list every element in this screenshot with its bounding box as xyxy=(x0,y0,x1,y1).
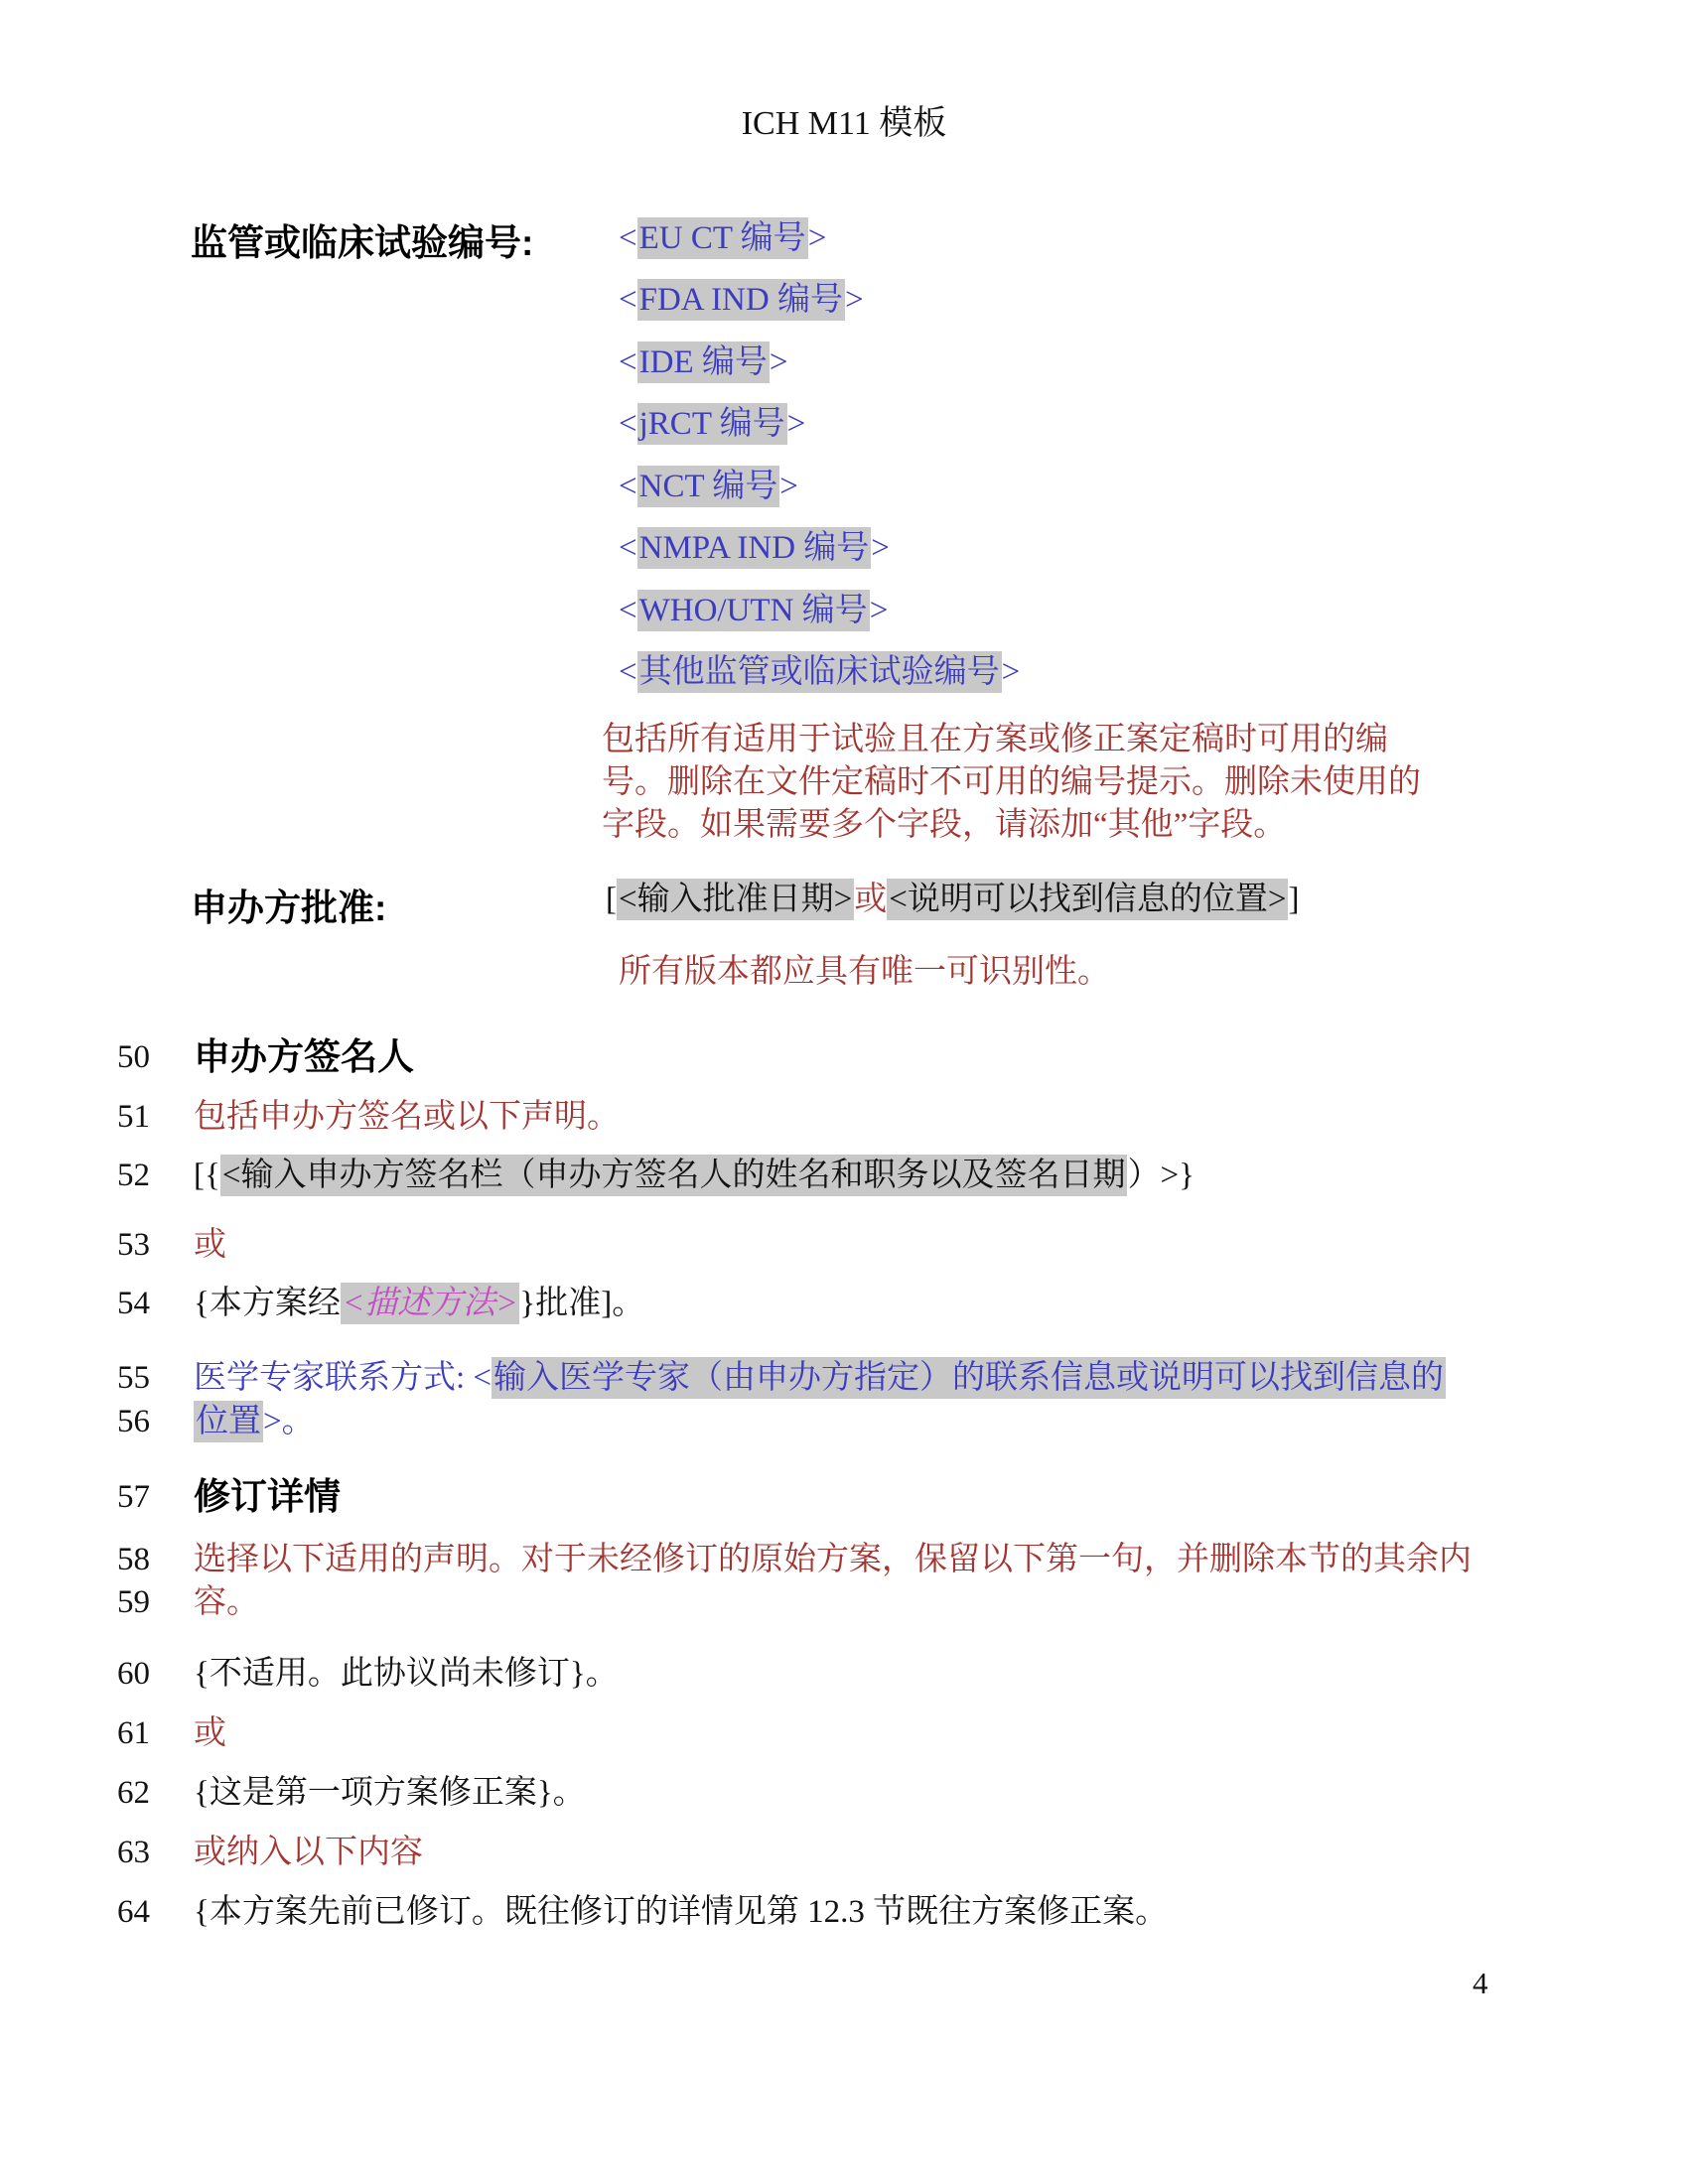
line-54: 54 {本方案经<描述方法>}批准]。 xyxy=(0,1282,1688,1325)
page-number: 4 xyxy=(1473,1966,1488,2001)
angle-open: < xyxy=(619,469,637,504)
angle-close: > xyxy=(870,593,889,628)
document-page: ICH M11 模板 监管或临床试验编号: <EU CT 编号> <FDA IN… xyxy=(0,0,1688,2184)
instruction-text-line2: 容。 xyxy=(194,1584,259,1620)
placeholder-info-location: <说明可以找到信息的位置> xyxy=(887,879,1288,920)
line-number: 53 xyxy=(117,1223,150,1267)
sponsor-approval-label: 申办方批准: xyxy=(191,878,386,931)
instruction-line-3: 字段。如果需要多个字段，请添加“其他”字段。 xyxy=(602,807,1286,843)
line-50: 50 申办方签名人 xyxy=(0,1035,1688,1081)
reg-id-item-jrct: <jRCT 编号> xyxy=(619,402,805,446)
line-number: 61 xyxy=(117,1711,150,1755)
placeholder-nmpaind: NMPA IND 编号 xyxy=(637,527,872,569)
reg-id-item-ide: <IDE 编号> xyxy=(619,341,787,384)
line-58-59: 58 59 选择以下适用的声明。对于未经修订的原始方案，保留以下第一句，并删除本… xyxy=(0,1539,1688,1624)
placeholder-signature-block: <输入申办方签名栏（申办方签名人的姓名和职务以及签名日期 xyxy=(220,1155,1128,1196)
or-include-text: 或纳入以下内容 xyxy=(194,1835,423,1870)
angle-close: > xyxy=(845,282,864,318)
reg-id-item-other: <其他监管或临床试验编号> xyxy=(619,650,1020,694)
bracket-open: [ xyxy=(606,882,617,917)
or-text: 或 xyxy=(194,1227,226,1263)
reg-id-item-fdaind: <FDA IND 编号> xyxy=(619,278,864,322)
placeholder-jrct: jRCT 编号 xyxy=(637,403,787,445)
angle-close: > xyxy=(770,344,788,380)
reg-id-item-nct: <NCT 编号> xyxy=(619,465,798,508)
angle-close: >。 xyxy=(263,1404,315,1439)
placeholder-other: 其他监管或临床试验编号 xyxy=(637,651,1002,693)
line-64: 64 {本方案先前已修订。既往修订的详情见第 12.3 节既往方案修正案。 xyxy=(0,1890,1688,1934)
line-51: 51 包括申办方签名或以下声明。 xyxy=(0,1095,1688,1139)
placeholder-euct: EU CT 编号 xyxy=(637,217,808,259)
angle-close: > xyxy=(808,220,827,256)
sponsor-approval-value: [<输入批准日期>或<说明可以找到信息的位置>] xyxy=(606,878,1299,921)
line-53: 53 或 xyxy=(0,1223,1688,1267)
angle-open: < xyxy=(619,654,637,690)
sponsor-signatory-heading: 申办方签名人 xyxy=(194,1036,414,1077)
approval-prefix: {本方案经 xyxy=(194,1286,341,1321)
line-number: 63 xyxy=(117,1831,150,1874)
line-number: 54 xyxy=(117,1282,150,1325)
angle-open: < xyxy=(619,530,637,566)
previously-amended-statement: {本方案先前已修订。既往修订的详情见第 12.3 节既往方案修正案。 xyxy=(194,1894,1168,1930)
line-number: 58 xyxy=(117,1539,150,1581)
line-number: 56 xyxy=(117,1400,150,1443)
instruction-line-2: 号。删除在文件定稿时不可用的编号提示。删除未使用的 xyxy=(602,764,1421,800)
reg-ids-instruction: 包括所有适用于试验且在方案或修正案定稿时可用的编 号。删除在文件定稿时不可用的编… xyxy=(602,719,1421,847)
placeholder-medical-expert-contact-cont: 位置 xyxy=(194,1401,263,1442)
placeholder-approval-date: <输入批准日期> xyxy=(617,879,854,920)
placeholder-ide: IDE 编号 xyxy=(637,341,770,383)
angle-close: > xyxy=(779,469,798,504)
angle-open: < xyxy=(619,406,637,442)
angle-open: < xyxy=(619,593,637,628)
line-61: 61 或 xyxy=(0,1711,1688,1755)
angle-close: > xyxy=(787,406,806,442)
reg-id-item-nmpaind: <NMPA IND 编号> xyxy=(619,526,890,570)
line-number: 57 xyxy=(117,1475,150,1519)
first-amendment-statement: {这是第一项方案修正案}。 xyxy=(194,1775,586,1811)
reg-id-item-euct: <EU CT 编号> xyxy=(619,216,826,260)
line-number: 64 xyxy=(117,1890,150,1934)
line-62: 62 {这是第一项方案修正案}。 xyxy=(0,1771,1688,1815)
reg-id-item-whoutn: <WHO/UTN 编号> xyxy=(619,589,888,632)
page-title: ICH M11 模板 xyxy=(0,95,1688,144)
bracket-prefix: [{ xyxy=(194,1158,220,1193)
line-52: 52 [{<输入申办方签名栏（申办方签名人的姓名和职务以及签名日期）>} xyxy=(0,1154,1688,1197)
line-57: 57 修订详情 xyxy=(0,1475,1688,1521)
line-number: 51 xyxy=(117,1095,150,1139)
line-number: 60 xyxy=(117,1652,150,1696)
instruction-text-line1: 选择以下适用的声明。对于未经修订的原始方案，保留以下第一句，并删除本节的其余内 xyxy=(194,1542,1472,1577)
angle-close: > xyxy=(871,530,890,566)
approval-suffix: }批准]。 xyxy=(519,1286,644,1321)
medical-expert-lead: 医学专家联系方式: xyxy=(194,1360,473,1396)
angle-open: < xyxy=(619,220,637,256)
sponsor-approval-note: 所有版本都应具有唯一可识别性。 xyxy=(619,945,1110,992)
line-63: 63 或纳入以下内容 xyxy=(0,1831,1688,1874)
instruction-text: 包括申办方签名或以下声明。 xyxy=(194,1099,620,1135)
line-number: 50 xyxy=(117,1035,150,1079)
line-55-56: 55 56 医学专家联系方式: <输入医学专家（由申办方指定）的联系信息或说明可… xyxy=(0,1356,1688,1443)
amendment-details-heading: 修订详情 xyxy=(194,1476,341,1517)
instruction-line-1: 包括所有适用于试验且在方案或修正案定稿时可用的编 xyxy=(602,722,1388,757)
placeholder-describe-method: <描述方法> xyxy=(341,1283,520,1324)
or-text: 或 xyxy=(194,1715,226,1751)
placeholder-nct: NCT 编号 xyxy=(637,466,780,507)
angle-open: < xyxy=(473,1360,492,1396)
line-number: 52 xyxy=(117,1154,150,1197)
line-number: 55 xyxy=(117,1356,150,1400)
angle-open: < xyxy=(619,344,637,380)
line-60: 60 {不适用。此协议尚未修订}。 xyxy=(0,1652,1688,1696)
bracket-suffix: ）>} xyxy=(1127,1158,1194,1193)
angle-open: < xyxy=(619,282,637,318)
line-number: 62 xyxy=(117,1771,150,1815)
placeholder-fdaind: FDA IND 编号 xyxy=(637,279,845,321)
angle-close: > xyxy=(1002,654,1021,690)
not-applicable-statement: {不适用。此协议尚未修订}。 xyxy=(194,1656,619,1692)
placeholder-medical-expert-contact: 输入医学专家（由申办方指定）的联系信息或说明可以找到信息的 xyxy=(492,1357,1446,1399)
or-connector: 或 xyxy=(854,882,887,917)
placeholder-whoutn: WHO/UTN 编号 xyxy=(637,590,870,631)
line-number: 59 xyxy=(117,1581,150,1624)
reg-ids-label: 监管或临床试验编号: xyxy=(191,212,533,266)
bracket-close: ] xyxy=(1288,882,1299,917)
